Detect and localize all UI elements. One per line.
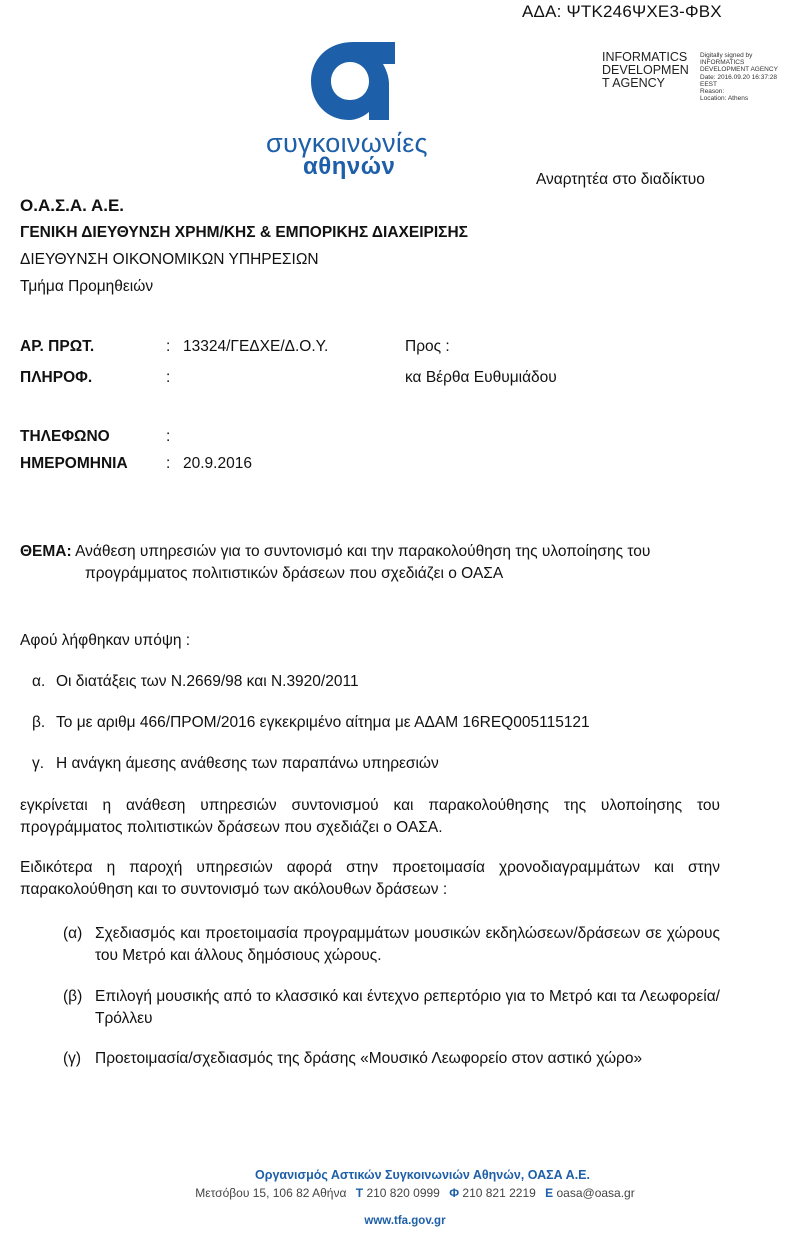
item-label: α. bbox=[32, 673, 56, 691]
date-colon: : bbox=[166, 455, 170, 473]
footer-phone: 210 820 0999 bbox=[366, 1186, 439, 1200]
phone-label: ΤΗΛΕΦΩΝΟ bbox=[20, 428, 110, 446]
specifics-paragraph: Ειδικότερα η παροχή υπηρεσιών αφορά στην… bbox=[20, 857, 720, 901]
signature-detail: EEST bbox=[700, 81, 778, 88]
info-colon: : bbox=[166, 369, 170, 387]
phone-key: Τ bbox=[356, 1186, 363, 1200]
item-label: γ. bbox=[32, 755, 56, 773]
digital-signature-signer: INFORMATICS DEVELOPMEN T AGENCY bbox=[602, 51, 689, 90]
action-text: Επιλογή μουσικής από το κλασσικό και έντ… bbox=[95, 986, 720, 1030]
considering-item: β.Το με αριθμ 466/ΠΡΟΜ/2016 εγκεκριμένο … bbox=[32, 714, 590, 732]
item-text: Η ανάγκη άμεσης ανάθεσης των παραπάνω υπ… bbox=[56, 755, 439, 772]
action-label: (γ) bbox=[63, 1048, 95, 1070]
item-text: Οι διατάξεις των Ν.2669/98 και Ν.3920/20… bbox=[56, 673, 359, 690]
ada-code: ΑΔΑ: ΨΤΚ246ΨΧΕ3-ΦΒΧ bbox=[522, 2, 722, 22]
action-label: (β) bbox=[63, 986, 95, 1030]
protocol-value: 13324/ΓΕΔΧΕ/Δ.Ο.Υ. bbox=[183, 338, 328, 356]
signature-detail: Location: Athens bbox=[700, 95, 778, 102]
protocol-label: ΑΡ. ΠΡΩΤ. bbox=[20, 338, 94, 356]
considering-intro: Αφού λήφθηκαν υπόψη : bbox=[20, 632, 190, 650]
digital-signature-details: Digitally signed by INFORMATICS DEVELOPM… bbox=[700, 52, 778, 102]
item-text: Το με αριθμ 466/ΠΡΟΜ/2016 εγκεκριμένο αί… bbox=[56, 714, 590, 731]
department: Τμήμα Προμηθειών bbox=[20, 278, 153, 296]
date-label: ΗΜΕΡΟΜΗΝΙΑ bbox=[20, 455, 128, 473]
subject-line1: Ανάθεση υπηρεσιών για το συντονισμό και … bbox=[75, 543, 650, 560]
date-value: 20.9.2016 bbox=[183, 455, 252, 473]
action-item: (γ) Προετοιμασία/σχεδιασμός της δράσης «… bbox=[63, 1048, 720, 1070]
action-text: Προετοιμασία/σχεδιασμός της δράσης «Μουσ… bbox=[95, 1048, 720, 1070]
footer-website[interactable]: www.tfa.gov.gr bbox=[0, 1215, 800, 1227]
posted-online-note: Αναρτητέα στο διαδίκτυο bbox=[536, 171, 705, 189]
signature-detail: DEVELOPMENT AGENCY bbox=[700, 66, 778, 73]
recipient-label: Προς : bbox=[405, 338, 450, 356]
recipient-name: κα Βέρθα Ευθυμιάδου bbox=[405, 369, 557, 387]
info-label: ΠΛΗΡΟΦ. bbox=[20, 369, 92, 387]
footer-fax: 210 821 2219 bbox=[462, 1186, 535, 1200]
logo-wordmark-line2: αθηνών bbox=[303, 153, 395, 181]
considering-item: γ.Η ανάγκη άμεσης ανάθεσης των παραπάνω … bbox=[32, 755, 439, 773]
signature-detail: INFORMATICS bbox=[700, 59, 778, 66]
signature-detail: Reason: bbox=[700, 88, 778, 95]
signature-detail: Digitally signed by bbox=[700, 52, 778, 59]
footer-address: Μετσόβου 15, 106 82 Αθήνα bbox=[195, 1186, 346, 1200]
protocol-colon: : bbox=[166, 338, 170, 356]
subject: ΘΕΜΑ: Ανάθεση υπηρεσιών για το συντονισμ… bbox=[20, 541, 720, 585]
organization-name: Ο.Α.Σ.Α. Α.Ε. bbox=[20, 196, 124, 216]
subject-line2: προγράμματος πολιτιστικών δράσεων που σχ… bbox=[20, 563, 720, 585]
action-item: (β) Επιλογή μουσικής από το κλασσικό και… bbox=[63, 986, 720, 1030]
item-label: β. bbox=[32, 714, 56, 732]
directorate: ΔΙΕΥΘΥΝΣΗ ΟΙΚΟΝΟΜΙΚΩΝ ΥΠΗΡΕΣΙΩΝ bbox=[20, 251, 319, 269]
subject-label: ΘΕΜΑ: bbox=[20, 543, 72, 560]
footer-contact: Μετσόβου 15, 106 82 Αθήνα Τ 210 820 0999… bbox=[0, 1186, 800, 1200]
footer-email[interactable]: oasa@oasa.gr bbox=[557, 1186, 635, 1200]
action-label: (α) bbox=[63, 923, 95, 967]
signature-detail: Date: 2016.09.20 16:37:28 bbox=[700, 74, 778, 81]
phone-colon: : bbox=[166, 428, 170, 446]
action-text: Σχεδιασμός και προετοιμασία προγραμμάτων… bbox=[95, 923, 720, 967]
signer-line: T AGENCY bbox=[602, 77, 689, 90]
oasa-alpha-logo-icon bbox=[309, 40, 397, 120]
action-item: (α) Σχεδιασμός και προετοιμασία προγραμμ… bbox=[63, 923, 720, 967]
fax-key: Φ bbox=[449, 1186, 459, 1200]
footer-org-name: Οργανισμός Αστικών Συγκοινωνιών Αθηνών, … bbox=[0, 1168, 800, 1182]
email-key: Ε bbox=[545, 1186, 553, 1200]
approval-paragraph: εγκρίνεται η ανάθεση υπηρεσιών συντονισμ… bbox=[20, 795, 720, 839]
general-directorate: ΓΕΝΙΚΗ ΔΙΕΥΘΥΝΣΗ ΧΡΗΜ/ΚΗΣ & ΕΜΠΟΡΙΚΗΣ ΔΙ… bbox=[20, 224, 468, 242]
considering-item: α.Οι διατάξεις των Ν.2669/98 και Ν.3920/… bbox=[32, 673, 359, 691]
